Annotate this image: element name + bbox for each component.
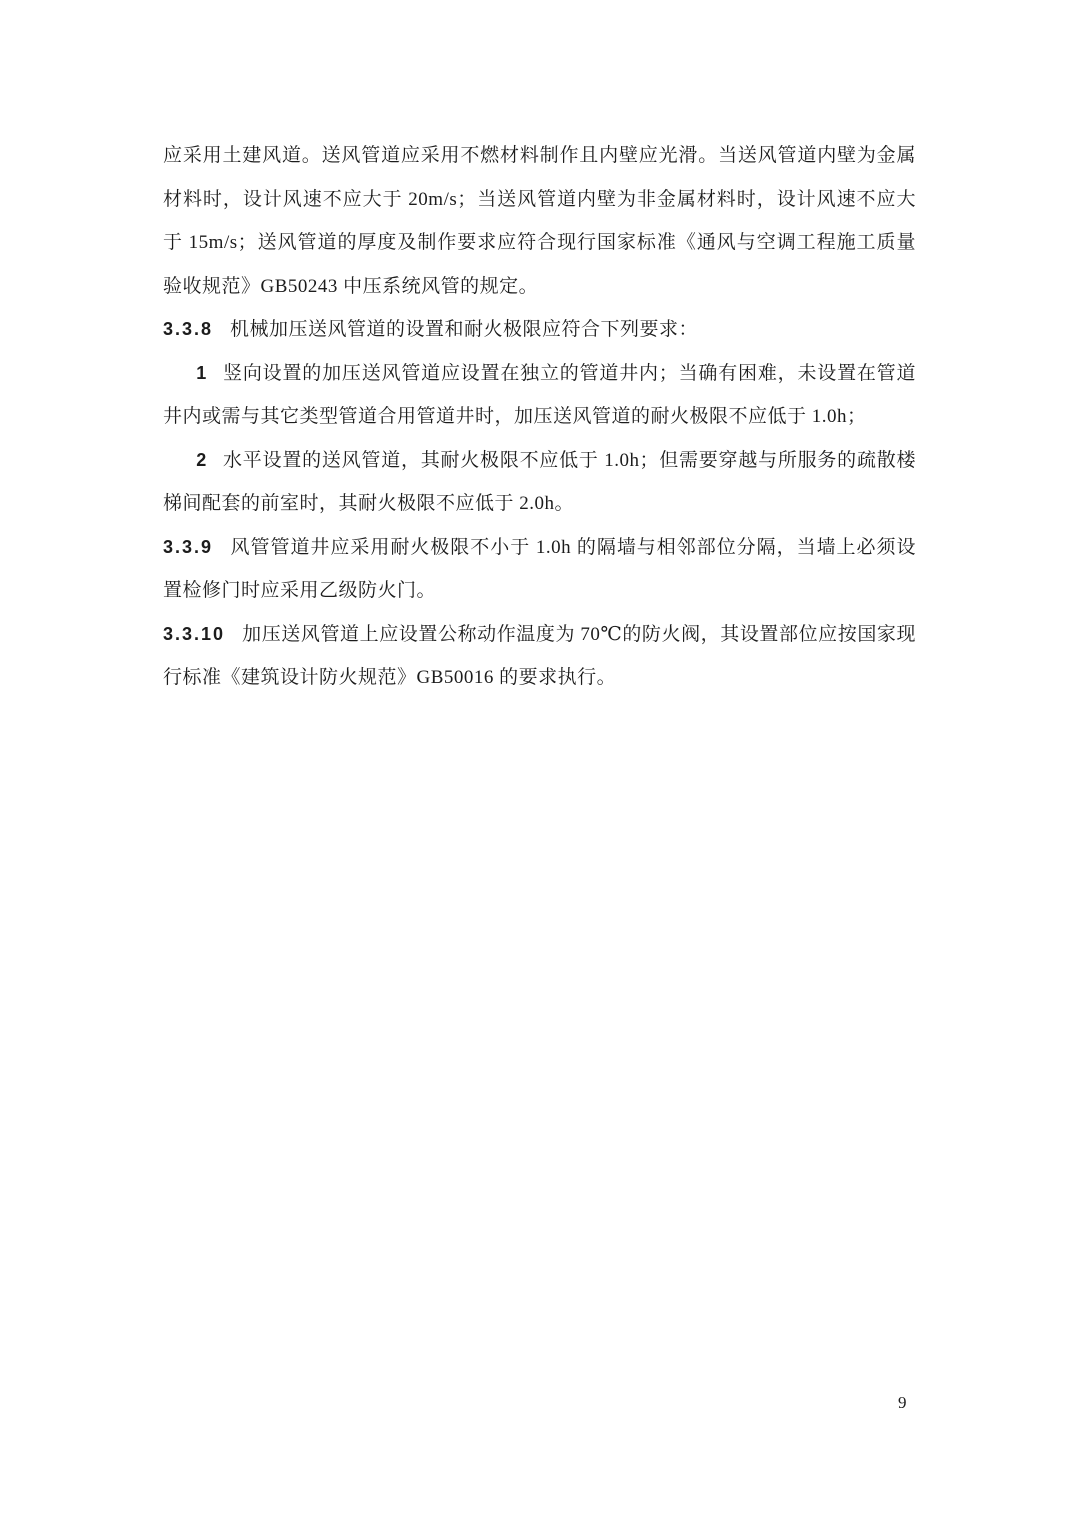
sub-item-2-number: 2 <box>196 450 207 470</box>
clause-3-3-9-text: 风管管道井应采用耐火极限不小于 1.0h 的隔墙与相邻部位分隔，当墙上必须设置检… <box>163 537 916 602</box>
document-page: 应采用土建风道。送风管道应采用不燃材料制作且内壁应光滑。当送风管道内壁为金属材料… <box>0 0 1080 1527</box>
sub-item-2-text: 水平设置的送风管道，其耐火极限不应低于 1.0h；但需要穿越与所服务的疏散楼梯间… <box>163 450 916 515</box>
document-body: 应采用土建风道。送风管道应采用不燃材料制作且内壁应光滑。当送风管道内壁为金属材料… <box>163 134 916 700</box>
clause-3-3-10: 3.3.10加压送风管道上应设置公称动作温度为 70℃的防火阀，其设置部位应按国… <box>163 613 916 700</box>
paragraph-continuation: 应采用土建风道。送风管道应采用不燃材料制作且内壁应光滑。当送风管道内壁为金属材料… <box>163 134 916 308</box>
sub-item-1-number: 1 <box>196 363 207 383</box>
clause-3-3-8: 3.3.8机械加压送风管道的设置和耐火极限应符合下列要求： <box>163 308 916 352</box>
clause-3-3-8-number: 3.3.8 <box>163 319 213 339</box>
clause-3-3-9: 3.3.9风管管道井应采用耐火极限不小于 1.0h 的隔墙与相邻部位分隔，当墙上… <box>163 526 916 613</box>
clause-3-3-9-number: 3.3.9 <box>163 537 213 557</box>
sub-item-1: 1竖向设置的加压送风管道应设置在独立的管道井内；当确有困难，未设置在管道井内或需… <box>163 352 916 439</box>
clause-3-3-10-text: 加压送风管道上应设置公称动作温度为 70℃的防火阀，其设置部位应按国家现行标准《… <box>163 624 916 689</box>
sub-item-2: 2水平设置的送风管道，其耐火极限不应低于 1.0h；但需要穿越与所服务的疏散楼梯… <box>163 439 916 526</box>
sub-item-1-text: 竖向设置的加压送风管道应设置在独立的管道井内；当确有困难，未设置在管道井内或需与… <box>163 363 916 428</box>
clause-3-3-8-text: 机械加压送风管道的设置和耐火极限应符合下列要求： <box>230 319 698 340</box>
clause-3-3-10-number: 3.3.10 <box>163 624 225 644</box>
page-number: 9 <box>898 1393 907 1413</box>
paragraph-continuation-text: 应采用土建风道。送风管道应采用不燃材料制作且内壁应光滑。当送风管道内壁为金属材料… <box>163 145 916 297</box>
